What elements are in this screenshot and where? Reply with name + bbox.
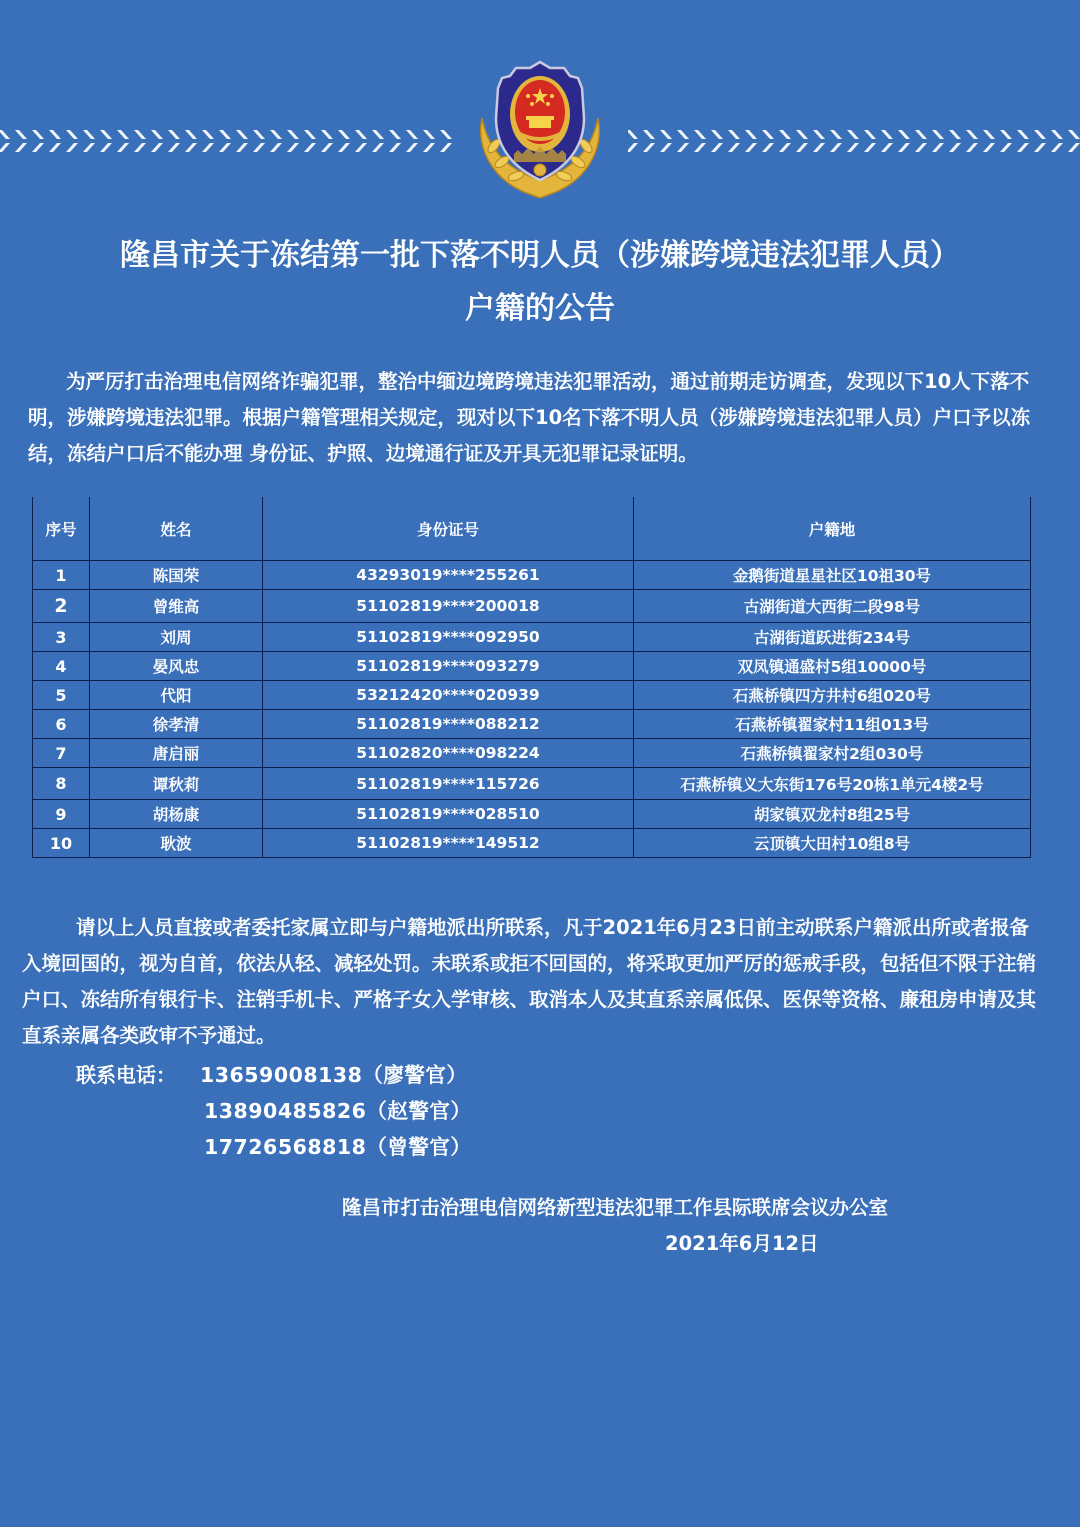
cell-index: 9 (33, 800, 90, 829)
cell-index: 6 (33, 710, 90, 739)
chevron-stripe-icon (628, 128, 1080, 154)
cell-address: 石燕桥镇四方井村6组020号 (634, 681, 1031, 710)
cell-name: 谭秋莉 (90, 768, 263, 800)
table-row: 8 谭秋莉 51102819****115726 石燕桥镇义大东街176号20栋… (33, 768, 1031, 800)
cell-address: 古湖街道大西街二段98号 (634, 590, 1031, 623)
cell-index: 1 (33, 561, 90, 590)
cell-name: 耿波 (90, 829, 263, 858)
cell-address: 石燕桥镇义大东街176号20栋1单元4楼2号 (634, 768, 1031, 800)
table-row: 5 代阳 53212420****020939 石燕桥镇四方井村6组020号 (33, 681, 1031, 710)
cell-name: 陈国荣 (90, 561, 263, 590)
contact-phone: 13890485826（赵警官） (204, 1094, 471, 1124)
cell-name: 曾维高 (90, 590, 263, 623)
cell-index: 5 (33, 681, 90, 710)
chevron-stripe-icon (0, 128, 455, 154)
contact-phone: 17726568818（曾警官） (204, 1130, 471, 1160)
cell-id-number: 51102819****088212 (263, 710, 634, 739)
cell-id-number: 51102820****098224 (263, 739, 634, 768)
cell-id-number: 51102819****028510 (263, 800, 634, 829)
cell-name: 徐孝清 (90, 710, 263, 739)
contact-label: 联系电话： (76, 1059, 176, 1088)
issue-date: 2021年6月12日 (665, 1228, 818, 1256)
cell-index: 8 (33, 768, 90, 800)
cell-name: 刘周 (90, 623, 263, 652)
intro-paragraph: 为严厉打击治理电信网络诈骗犯罪，整治中缅边境跨境违法犯罪活动，通过前期走访调查，… (28, 364, 1043, 472)
cell-id-number: 53212420****020939 (263, 681, 634, 710)
police-badge-icon (474, 58, 606, 200)
col-header-id-number: 身份证号 (263, 497, 634, 561)
col-header-name: 姓名 (90, 497, 263, 561)
cell-index: 2 (33, 590, 90, 623)
table-row: 6 徐孝清 51102819****088212 石燕桥镇翟家村11组013号 (33, 710, 1031, 739)
cell-index: 10 (33, 829, 90, 858)
cell-address: 石燕桥镇翟家村2组030号 (634, 739, 1031, 768)
cell-address: 古湖街道跃进街234号 (634, 623, 1031, 652)
cell-name: 晏风忠 (90, 652, 263, 681)
notice-paragraph: 请以上人员直接或者委托家属立即与户籍地派出所联系，凡于2021年6月23日前主动… (22, 910, 1037, 1054)
table-row: 10 耿波 51102819****149512 云顶镇大田村10组8号 (33, 829, 1031, 858)
cell-name: 唐启丽 (90, 739, 263, 768)
cell-index: 3 (33, 623, 90, 652)
table-row: 7 唐启丽 51102820****098224 石燕桥镇翟家村2组030号 (33, 739, 1031, 768)
cell-id-number: 51102819****200018 (263, 590, 634, 623)
cell-id-number: 51102819****093279 (263, 652, 634, 681)
col-header-household-address: 户籍地 (634, 497, 1031, 561)
contact-phone: 13659008138（廖警官） (200, 1058, 467, 1088)
cell-id-number: 43293019****255261 (263, 561, 634, 590)
table-header-row: 序号 姓名 身份证号 户籍地 (33, 497, 1031, 561)
frozen-residents-table: 序号 姓名 身份证号 户籍地 1 陈国荣 43293019****255261 … (32, 497, 1031, 858)
table-row: 4 晏风忠 51102819****093279 双凤镇通盛村5组10000号 (33, 652, 1031, 681)
col-header-index: 序号 (33, 497, 90, 561)
cell-address: 金鹅街道星星社区10祖30号 (634, 561, 1031, 590)
table-row: 9 胡杨康 51102819****028510 胡家镇双龙村8组25号 (33, 800, 1031, 829)
cell-name: 胡杨康 (90, 800, 263, 829)
notice-title: 隆昌市关于冻结第一批下落不明人员（涉嫌跨境违法犯罪人员） (0, 230, 1080, 274)
table-row: 2 曾维高 51102819****200018 古湖街道大西街二段98号 (33, 590, 1031, 623)
cell-index: 7 (33, 739, 90, 768)
cell-address: 双凤镇通盛村5组10000号 (634, 652, 1031, 681)
table-row: 3 刘周 51102819****092950 古湖街道跃进街234号 (33, 623, 1031, 652)
cell-name: 代阳 (90, 681, 263, 710)
cell-id-number: 51102819****092950 (263, 623, 634, 652)
cell-index: 4 (33, 652, 90, 681)
cell-address: 胡家镇双龙村8组25号 (634, 800, 1031, 829)
cell-address: 石燕桥镇翟家村11组013号 (634, 710, 1031, 739)
notice-title-line2: 户籍的公告 (0, 283, 1080, 327)
cell-id-number: 51102819****115726 (263, 768, 634, 800)
table-row: 1 陈国荣 43293019****255261 金鹅街道星星社区10祖30号 (33, 561, 1031, 590)
issuing-office: 隆昌市打击治理电信网络新型违法犯罪工作县际联席会议办公室 (342, 1192, 888, 1220)
cell-id-number: 51102819****149512 (263, 829, 634, 858)
chevron-stripe-left (0, 128, 455, 154)
cell-address: 云顶镇大田村10组8号 (634, 829, 1031, 858)
chevron-stripe-right (628, 128, 1080, 154)
